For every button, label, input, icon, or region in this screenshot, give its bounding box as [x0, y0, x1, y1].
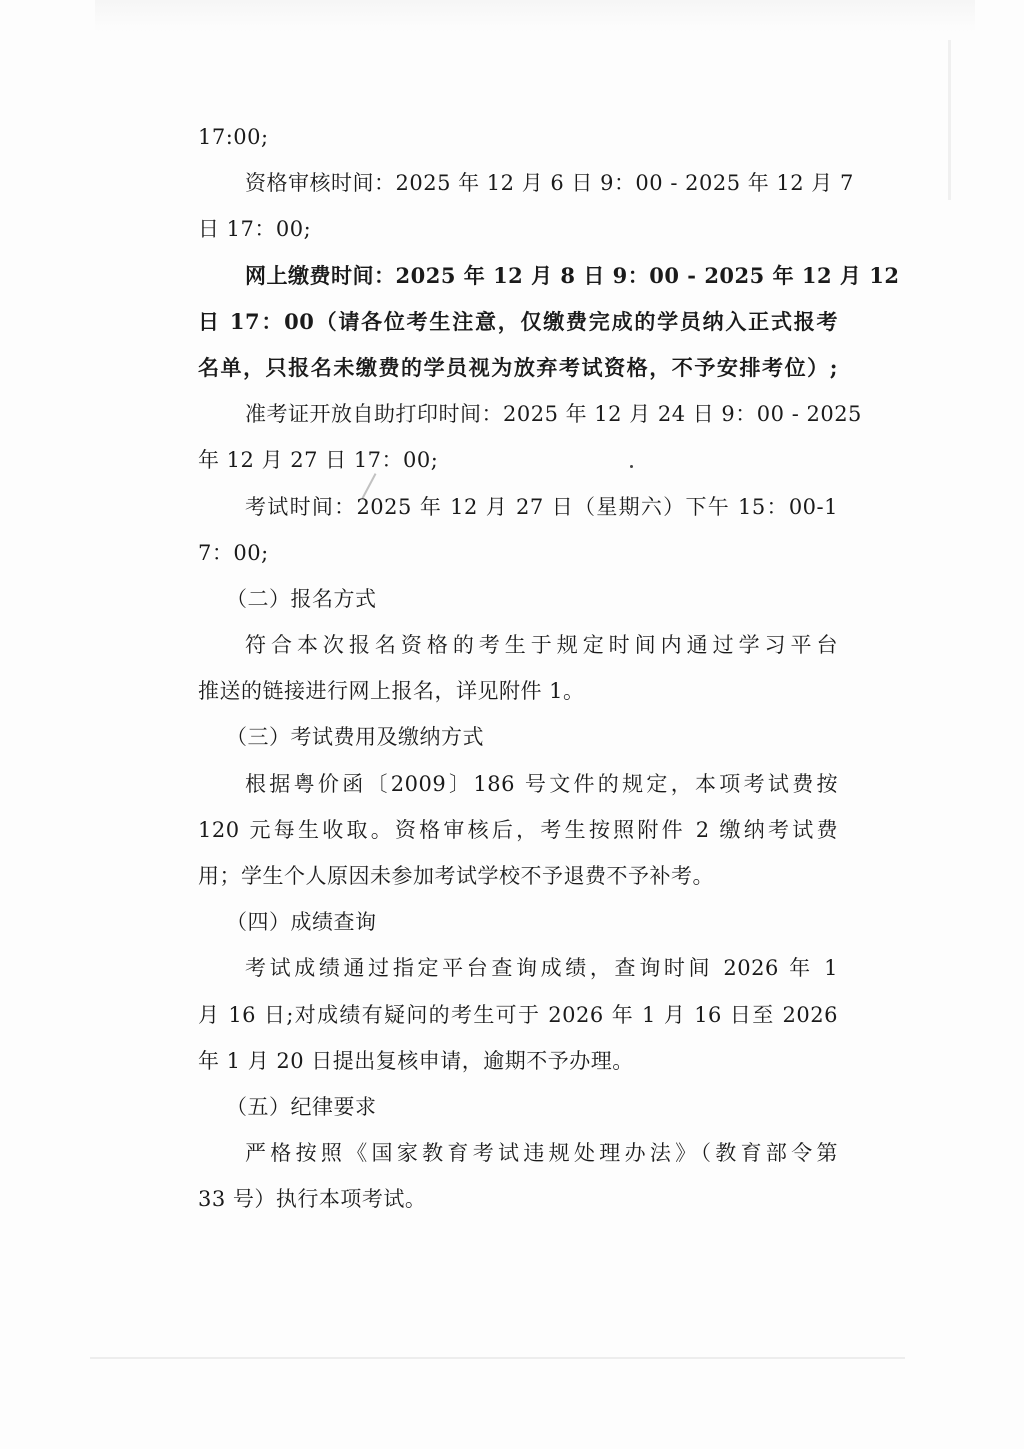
qualification-review-time: 资格审核时间：2025 年 12 月 6 日 9：00 - 2025 年 12 …	[198, 160, 838, 206]
registration-method-text: 符合本次报名资格的考生于规定时间内通过学习平台	[198, 622, 838, 668]
exam-fees-text: 根据粤价函〔2009〕186 号文件的规定，本项考试费按	[198, 761, 838, 807]
registration-method-text-cont: 推送的链接进行网上报名，详见附件 1。	[198, 668, 838, 714]
section-heading-discipline: （五）纪律要求	[198, 1084, 838, 1130]
exam-fees-text-cont: 120 元每生收取。资格审核后，考生按照附件 2 缴纳考试费	[198, 807, 838, 853]
schedule-continuation: 17:00;	[198, 114, 838, 160]
scan-edge-right	[948, 40, 951, 200]
score-inquiry-text: 考试成绩通过指定平台查询成绩，查询时间 2026 年 1	[198, 945, 838, 991]
discipline-text: 严格按照《国家教育考试违规处理办法》（教育部令第	[198, 1130, 838, 1176]
online-payment-notice-cont: 名单，只报名未缴费的学员视为放弃考试资格，不予安排考位）;	[198, 345, 838, 391]
section-heading-registration-method: （二）报名方式	[198, 576, 838, 622]
score-inquiry-text-end: 年 1 月 20 日提出复核申请，逾期不予办理。	[198, 1038, 838, 1084]
document-body: 17:00; 资格审核时间：2025 年 12 月 6 日 9：00 - 202…	[198, 114, 838, 1223]
discipline-text-cont: 33 号）执行本项考试。	[198, 1176, 838, 1222]
online-payment-notice: 日 17：00（请各位考生注意，仅缴费完成的学员纳入正式报考	[198, 299, 838, 345]
section-heading-exam-fees: （三）考试费用及缴纳方式	[198, 714, 838, 760]
scan-bleed-top	[95, 0, 975, 32]
exam-time-cont: 7：00;	[198, 530, 838, 576]
online-payment-time: 网上缴费时间：2025 年 12 月 8 日 9：00 - 2025 年 12 …	[198, 253, 838, 299]
exam-fees-text-end: 用；学生个人原因未参加考试学校不予退费不予补考。	[198, 853, 838, 899]
exam-time: 考试时间：2025 年 12 月 27 日（星期六）下午 15：00-1	[198, 484, 838, 530]
qualification-review-time-cont: 日 17：00;	[198, 206, 838, 252]
admission-ticket-print-time: 准考证开放自助打印时间：2025 年 12 月 24 日 9：00 - 2025	[198, 391, 838, 437]
admission-ticket-print-time-cont: 年 12 月 27 日 17：00;	[198, 437, 838, 483]
scan-edge-bottom	[90, 1357, 905, 1359]
section-heading-score-inquiry: （四）成绩查询	[198, 899, 838, 945]
score-inquiry-text-cont: 月 16 日;对成绩有疑问的考生可于 2026 年 1 月 16 日至 2026	[198, 992, 838, 1038]
